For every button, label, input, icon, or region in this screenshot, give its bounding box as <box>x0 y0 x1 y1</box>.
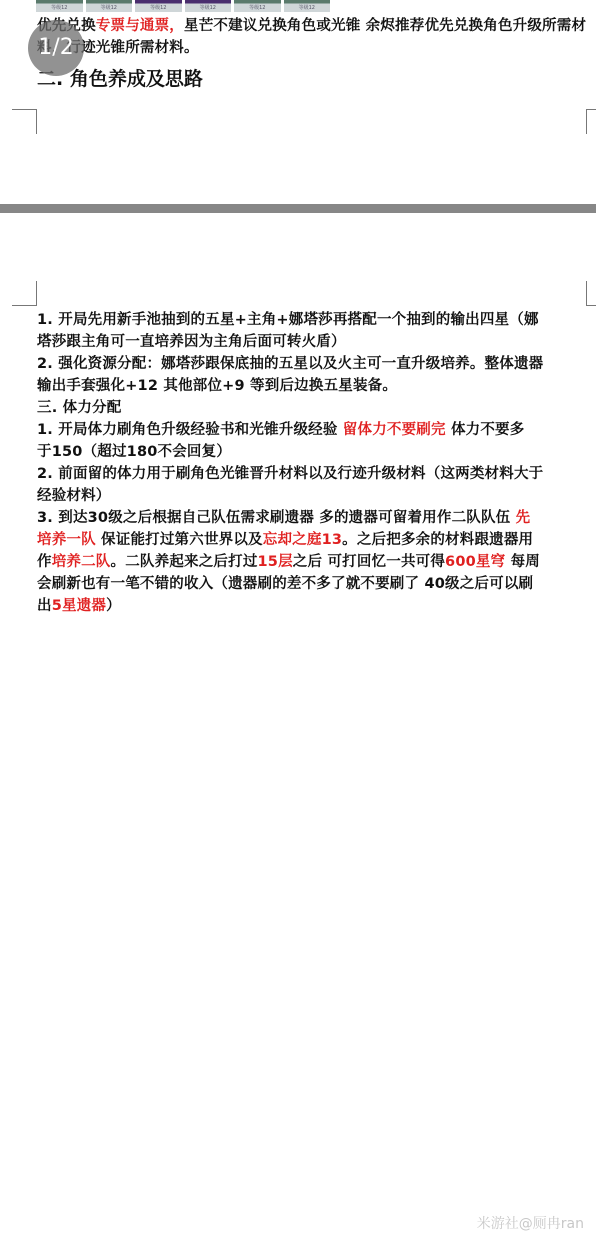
strip-cell: 等级12 <box>185 0 232 12</box>
strip-cell: 等级12 <box>284 0 331 12</box>
highlight-text: 600星穹 <box>445 554 505 570</box>
text-line: 塔莎跟主角可一直培养因为主角后面可转火盾） <box>37 331 543 353</box>
text-line: 出5星遗器） <box>37 595 543 617</box>
text-line: 1. 开局先用新手池抽到的五星+主角+娜塔莎再搭配一个抽到的输出四星（娜 <box>37 309 543 331</box>
strip-cell: 等级12 <box>234 0 281 12</box>
text: 出 <box>37 598 52 614</box>
text: 体力不要多 <box>446 422 525 438</box>
text-line: 会刷新也有一笔不错的收入（遗器刷的差不多了就不要刷了 40级之后可以刷 <box>37 573 543 595</box>
highlight-text: 专票与通票， <box>96 18 184 34</box>
page-indicator-badge[interactable]: 1/2 <box>28 20 84 76</box>
highlight-text: 培养二队 <box>52 554 111 570</box>
text: 保证能打过第六世界以及 <box>96 532 263 548</box>
highlight-text: 培养一队 <box>37 532 96 548</box>
highlight-text: 5星遗器 <box>52 598 106 614</box>
strip-cell: 等级12 <box>86 0 133 12</box>
strip-cell: 等级12 <box>135 0 182 12</box>
image-strip: 等级12 等级12 等级12 等级12 等级12 等级12 <box>36 0 330 12</box>
text-line: 培养一队 保证能打过第六世界以及忘却之庭13。之后把多余的材料跟遗器用 <box>37 529 543 551</box>
text-line: 于150（超过180不会回复） <box>37 441 543 463</box>
crop-mark-icon <box>12 281 37 306</box>
text: 之后 可打回忆一共可得 <box>293 554 445 570</box>
text-line: 2. 前面留的体力用于刷角色光锥晋升材料以及行迹升级材料（这两类材料大于 <box>37 463 543 485</box>
text: 3. 到达30级之后根据自己队伍需求刷遗器 多的遗器可留着用作二队队伍 <box>37 510 516 526</box>
text-line: 3. 到达30级之后根据自己队伍需求刷遗器 多的遗器可留着用作二队队伍 先 <box>37 507 543 529</box>
subsection-heading: 三. 体力分配 <box>37 397 543 419</box>
highlight-text: 先 <box>516 510 531 526</box>
text-line: 作培养二队。二队养起来之后打过15层之后 可打回忆一共可得600星穹 每周 <box>37 551 543 573</box>
text: ） <box>106 598 121 614</box>
watermark: 米游社@厕冉ran <box>477 1213 584 1233</box>
text-line: 经验材料） <box>37 485 543 507</box>
page-divider <box>0 204 596 213</box>
text: 星芒不建议兑换角色或光锥 余烬推荐优先兑换角色升级所需材 <box>184 18 586 34</box>
crop-mark-icon <box>586 281 596 306</box>
text: 。之后把多余的材料跟遗器用 <box>342 532 533 548</box>
crop-mark-icon <box>12 109 37 134</box>
text: 每周 <box>505 554 540 570</box>
text: 。二队养起来之后打过 <box>111 554 258 570</box>
text-line: 1. 开局体力刷角色升级经验书和光锥升级经验 留体力不要刷完 体力不要多 <box>37 419 543 441</box>
strip-cell: 等级12 <box>36 0 83 12</box>
text-line: 2. 强化资源分配：娜塔莎跟保底抽的五星以及火主可一直升级培养。整体遗器 <box>37 353 543 375</box>
highlight-text: 忘却之庭13 <box>263 532 342 548</box>
text: 1. 开局体力刷角色升级经验书和光锥升级经验 <box>37 422 343 438</box>
crop-mark-icon <box>586 109 596 134</box>
highlight-text: 留体力不要刷完 <box>343 422 446 438</box>
text-line: 输出手套强化+12 其他部位+9 等到后边换五星装备。 <box>37 375 543 397</box>
text: 作 <box>37 554 52 570</box>
guide-body: 1. 开局先用新手池抽到的五星+主角+娜塔莎再搭配一个抽到的输出四星（娜 塔莎跟… <box>37 309 543 617</box>
highlight-text: 15层 <box>258 554 293 570</box>
exchange-paragraph: 优先兑换专票与通票，星芒不建议兑换角色或光锥 余烬推荐优先兑换角色升级所需材 料… <box>37 15 586 59</box>
